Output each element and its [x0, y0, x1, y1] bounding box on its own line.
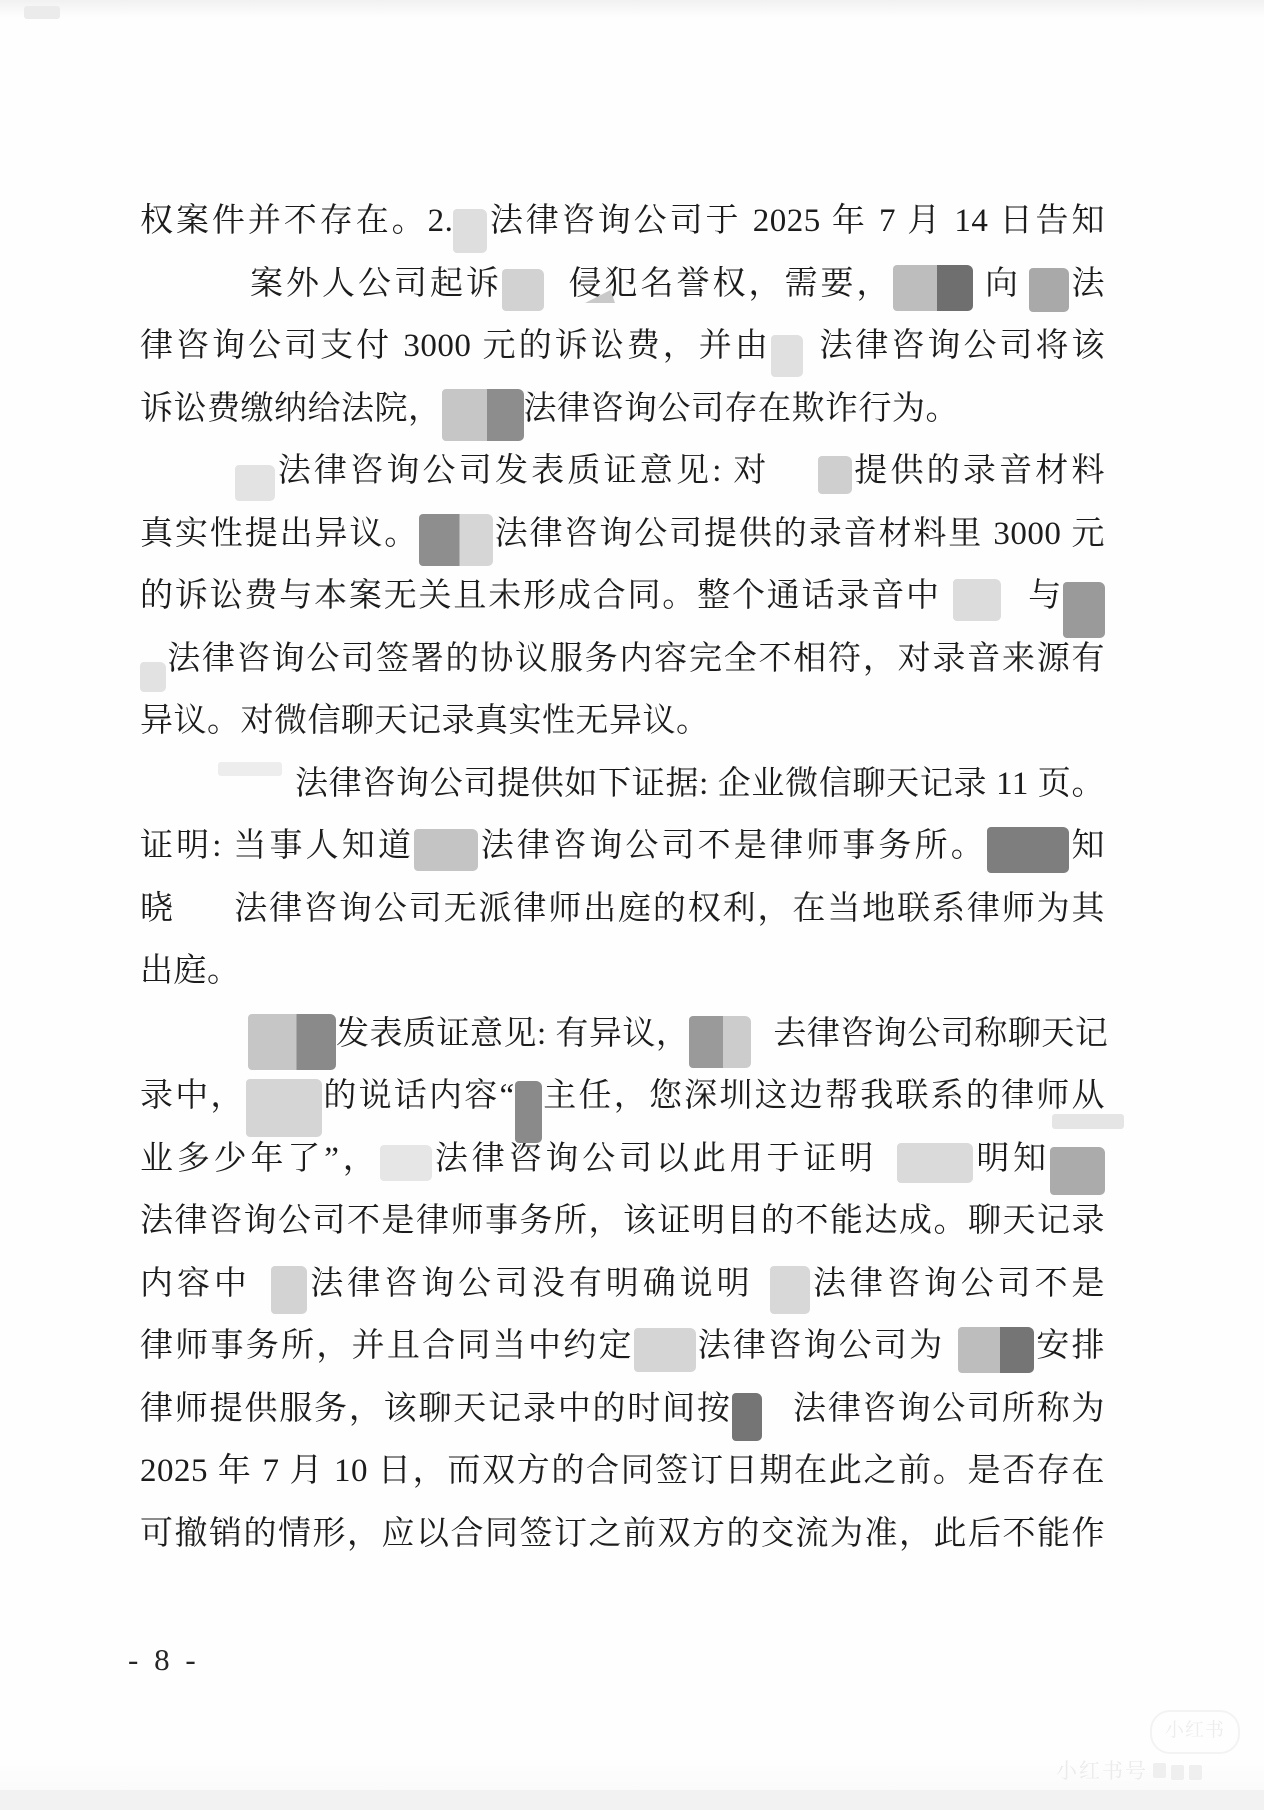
- text-line: 异议。对微信聊天记录真实性无异议。: [140, 690, 1105, 753]
- redaction-box: [958, 1327, 1034, 1373]
- redaction-box: [380, 1145, 432, 1181]
- text-line: 内容中法律咨询公司没有明确说明法律咨询公司不是: [140, 1253, 1105, 1316]
- line-text: 法律咨询公司于 2025 年 7 月 14 日告知: [487, 203, 1105, 239]
- line-text: 法律咨询公司以此用于证明: [432, 1141, 877, 1177]
- watermark-id-label: 小红书号: [1056, 1758, 1148, 1786]
- text-line: 2025 年 7 月 10 日，而双方的合同签订日期在此之前。是否存在: [140, 1440, 1105, 1503]
- line-text: 法律咨询公司为: [696, 1328, 945, 1364]
- line-text: 可撤销的情形，应以合同签订之前双方的交流为准，此后不能作: [140, 1516, 1105, 1552]
- photo-artifact: [24, 6, 60, 19]
- watermark-id-illegible: [1171, 1765, 1184, 1780]
- line-text: 法律咨询公司存在欺诈行为。: [524, 391, 960, 427]
- gap-spacer: [251, 1293, 271, 1294]
- redaction-box: [771, 335, 803, 377]
- redaction-box: [414, 829, 478, 871]
- redaction-box: [689, 1016, 751, 1068]
- gap-spacer: [751, 1043, 773, 1044]
- redaction-box: [987, 827, 1069, 873]
- text-line: 发表质证意见: 有异议，去律咨询公司称聊天记: [140, 1003, 1105, 1066]
- gap-spacer: [754, 1293, 770, 1294]
- line-text: 律师事务所，并且合同当中约定: [140, 1328, 634, 1364]
- line-text: 与: [1027, 578, 1063, 614]
- redaction-box: [732, 1393, 762, 1441]
- line-text: 法律咨询公司没有明确说明: [307, 1266, 754, 1302]
- text-line: 法律咨询公司签署的协议服务内容完全不相符，对录音来源有: [140, 628, 1105, 691]
- redaction-box: [770, 1266, 810, 1314]
- photo-artifact: [218, 762, 282, 776]
- gap-spacer: [803, 355, 817, 356]
- gap-spacer: [762, 1418, 792, 1419]
- text-line: 律咨询公司支付 3000 元的诉讼费，并由法律咨询公司将该: [140, 315, 1105, 378]
- redaction-box: [953, 579, 1001, 621]
- text-line: 录中，的说话内容“主任，您深圳这边帮我联系的律师从: [140, 1065, 1105, 1128]
- text-line: 诉讼费缴纳给法院，法律咨询公司存在欺诈行为。: [140, 378, 1105, 441]
- line-text: 提供的录音材料: [852, 453, 1105, 489]
- line-text: 发表质证意见: 有异议，: [336, 1016, 689, 1052]
- xiaohongshu-id-watermark: 小红书号: [1056, 1758, 1251, 1786]
- line-text: 明知: [973, 1141, 1050, 1177]
- gap-spacer: [973, 293, 983, 294]
- line-text: 侵犯名誉权，需要，: [566, 266, 893, 302]
- redaction-box: [271, 1266, 307, 1314]
- redaction-box: [893, 265, 973, 311]
- watermark-id-illegible: [1153, 1758, 1166, 1786]
- xiaohongshu-badge-watermark: 小红书: [1150, 1710, 1240, 1754]
- gap-spacer: [941, 605, 953, 606]
- line-text: 真实性提出异议。: [140, 516, 419, 552]
- text-line: 可撤销的情形，应以合同签订之前双方的交流为准，此后不能作: [140, 1503, 1105, 1566]
- redaction-box: [634, 1328, 696, 1372]
- line-text: 的诉讼费与本案无关且未形成合同。整个通话录音中: [140, 578, 941, 614]
- text-line: 案外人公司起诉侵犯名誉权，需要，向法: [140, 253, 1105, 316]
- redaction-box: [515, 1081, 542, 1143]
- line-text: 法律咨询公司提供的录音材料里 3000 元: [493, 516, 1105, 552]
- photo-artifact: [1052, 1114, 1124, 1129]
- gap-spacer: [770, 480, 818, 481]
- line-text: 法: [1069, 266, 1105, 302]
- text-line: 权案件并不存在。2.法律咨询公司于 2025 年 7 月 14 日告知: [140, 190, 1105, 253]
- page-number: - 8 -: [128, 1642, 200, 1678]
- gap-spacer: [1021, 293, 1029, 294]
- redaction-box: [818, 456, 852, 494]
- text-line: 律师事务所，并且合同当中约定法律咨询公司为安排: [140, 1315, 1105, 1378]
- redaction-box: [246, 1079, 322, 1137]
- text-line: 真实性提出异议。法律咨询公司提供的录音材料里 3000 元: [140, 503, 1105, 566]
- line-text: 去律咨询公司称聊天记: [773, 1016, 1108, 1052]
- line-text: 异议。对微信聊天记录真实性无异议。: [140, 703, 710, 739]
- line-text: 案外人公司起诉: [250, 266, 502, 302]
- line-text: 晓: [140, 891, 175, 927]
- text-line: 的诉讼费与本案无关且未形成合同。整个通话录音中与: [140, 565, 1105, 628]
- line-text: 2025 年 7 月 10 日，而双方的合同签订日期在此之前。是否存在: [140, 1453, 1105, 1489]
- text-line: 法律咨询公司发表质证意见: 对提供的录音材料: [140, 440, 1105, 503]
- text-block: 权案件并不存在。2.法律咨询公司于 2025 年 7 月 14 日告知案外人公司…: [140, 190, 1105, 1565]
- redaction-box: [235, 465, 275, 501]
- line-text: 证明: 当事人知道: [140, 828, 414, 864]
- text-line: 证明: 当事人知道法律咨询公司不是律师事务所。知: [140, 815, 1105, 878]
- redaction-box: [1063, 582, 1105, 638]
- redaction-box: [140, 662, 166, 692]
- redaction-box: [897, 1143, 973, 1183]
- line-text: 法律咨询公司将该: [817, 328, 1105, 364]
- gap-spacer: [944, 1355, 958, 1356]
- redaction-box: [1029, 268, 1069, 312]
- gap-spacer: [544, 293, 566, 294]
- document-page: 权案件并不存在。2.法律咨询公司于 2025 年 7 月 14 日告知案外人公司…: [0, 0, 1264, 1810]
- line-text: 法律咨询公司不是律师事务所，该证明目的不能达成。聊天记录: [140, 1203, 1105, 1239]
- gap-spacer: [877, 1168, 897, 1169]
- watermark-id-illegible: [1189, 1765, 1202, 1780]
- line-text: 知: [1069, 828, 1105, 864]
- redaction-box: [453, 209, 487, 253]
- line-text: 法律咨询公司提供如下证据: 企业微信聊天记录 11 页。: [295, 766, 1105, 802]
- photo-bottom-band: [0, 1790, 1264, 1810]
- line-text: 法律咨询公司签署的协议服务内容完全不相符，对录音来源有: [166, 641, 1105, 677]
- line-text: 诉讼费缴纳给法院，: [140, 391, 442, 427]
- line-text: 安排: [1034, 1328, 1105, 1364]
- text-line: 法律咨询公司提供如下证据: 企业微信聊天记录 11 页。: [140, 753, 1105, 816]
- line-text: 法律咨询公司所称为: [792, 1391, 1105, 1427]
- redaction-box: [502, 269, 544, 311]
- redaction-box: [442, 389, 524, 441]
- text-line: 晓法律咨询公司无派律师出庭的权利，在当地联系律师为其: [140, 878, 1105, 941]
- line-text: 律师提供服务，该聊天记录中的时间按: [140, 1391, 732, 1427]
- gap-spacer: [175, 918, 233, 919]
- line-text: 法律咨询公司不是: [810, 1266, 1106, 1302]
- line-text: 主任，您深圳这边帮我联系的律师从: [542, 1078, 1105, 1114]
- line-text: 录中，: [140, 1078, 246, 1114]
- line-text: 权案件并不存在。2.: [140, 203, 453, 239]
- line-text: 向: [983, 266, 1022, 302]
- gap-spacer: [1001, 605, 1027, 606]
- redaction-box: [419, 514, 493, 566]
- line-text: 业多少年了”，: [140, 1141, 380, 1177]
- redaction-box: [248, 1014, 336, 1070]
- text-line: 法律咨询公司不是律师事务所，该证明目的不能达成。聊天记录: [140, 1190, 1105, 1253]
- line-text: 法律咨询公司发表质证意见: 对: [275, 453, 770, 489]
- line-text: 法律咨询公司无派律师出庭的权利，在当地联系律师为其: [233, 891, 1105, 927]
- line-text: 内容中: [140, 1266, 251, 1302]
- text-line: 出庭。: [140, 940, 1105, 1003]
- photo-top-shadow: [0, 0, 1264, 16]
- text-line: 律师提供服务，该聊天记录中的时间按法律咨询公司所称为: [140, 1378, 1105, 1441]
- line-text: 的说话内容“: [322, 1078, 515, 1114]
- line-text: 出庭。: [140, 953, 241, 989]
- line-text: 律咨询公司支付 3000 元的诉讼费，并由: [140, 328, 771, 364]
- line-text: 法律咨询公司不是律师事务所。: [478, 828, 987, 864]
- redaction-box: [1050, 1147, 1105, 1195]
